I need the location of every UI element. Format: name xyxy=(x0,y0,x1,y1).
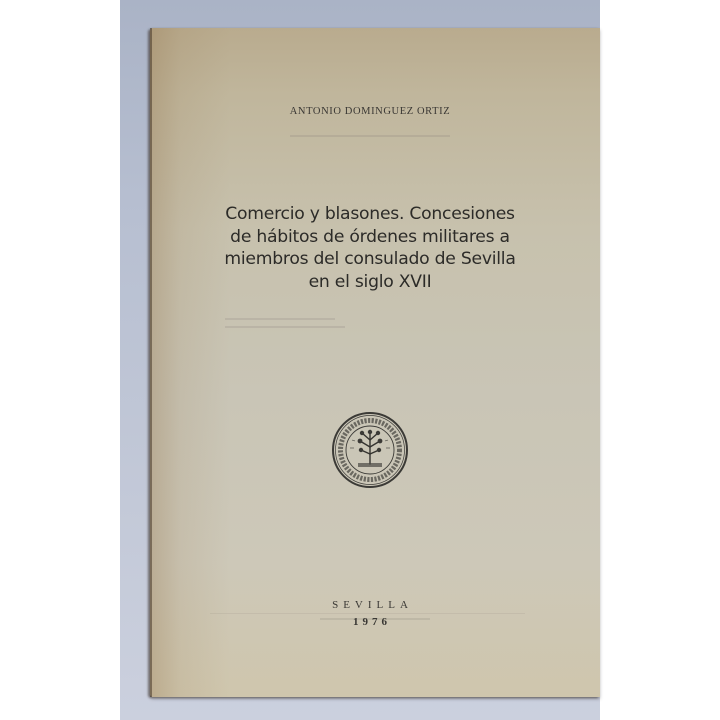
show-through-mark xyxy=(290,135,450,137)
author-name: ANTONIO DOMINGUEZ ORTIZ xyxy=(150,106,590,117)
show-through-mark xyxy=(225,326,345,328)
title-line: de hábitos de órdenes militares a xyxy=(150,226,590,249)
title-line: en el siglo XVII xyxy=(150,271,590,294)
publication-year: 1976 xyxy=(150,616,590,628)
institutional-seal-icon xyxy=(330,410,410,490)
show-through-rule xyxy=(210,613,525,614)
title-line: Comercio y blasones. Concesiones xyxy=(150,203,590,226)
title-line: miembros del consulado de Sevilla xyxy=(150,248,590,271)
document-page xyxy=(150,28,600,697)
show-through-mark xyxy=(225,318,335,320)
document-title: Comercio y blasones. Concesiones de hábi… xyxy=(150,203,590,294)
publication-place: SEVILLA xyxy=(150,599,590,611)
